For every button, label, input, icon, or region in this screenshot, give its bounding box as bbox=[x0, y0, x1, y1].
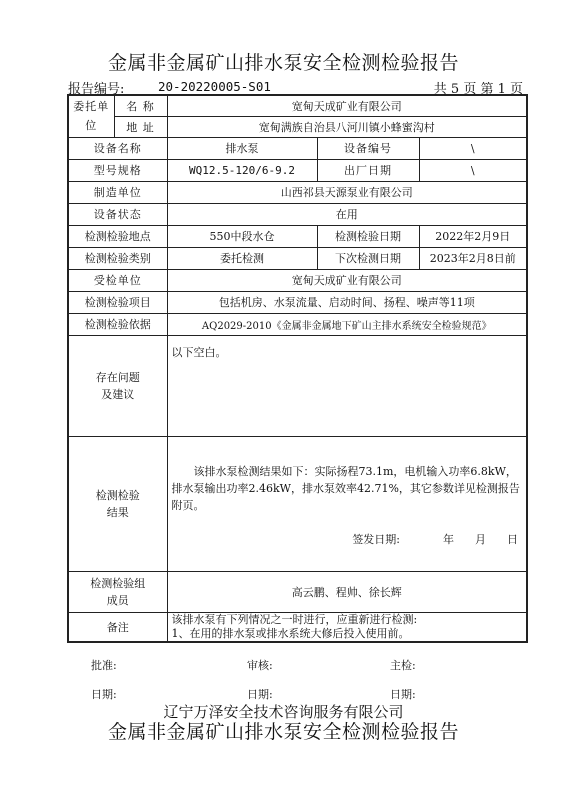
category: 委托检测 bbox=[167, 247, 317, 269]
issue-date-month: 月 bbox=[475, 533, 486, 546]
footer-title: 金属非金属矿山排水泵安全检测检验报告 bbox=[0, 717, 567, 744]
basis: AQ2029-2010《金属非金属地下矿山主排水系统安全检验规范》 bbox=[167, 313, 527, 335]
items: 包括机房、水泵流量、启动时间、扬程、噪声等11项 bbox=[167, 291, 527, 313]
approve-label: 批准: bbox=[91, 657, 117, 673]
equipment-no: \ bbox=[419, 137, 527, 159]
team-label-line2: 成员 bbox=[69, 592, 167, 609]
report-number: 20-20220005-S01 bbox=[158, 79, 271, 94]
result-label-line1: 检测检验 bbox=[69, 487, 167, 504]
issues-label-line2: 及建议 bbox=[69, 386, 167, 403]
issue-date-year: 年 bbox=[443, 533, 454, 546]
manufacturer-label: 制造单位 bbox=[68, 181, 167, 203]
next-date: 2023年2月8日前 bbox=[419, 247, 527, 269]
next-date-label: 下次检测日期 bbox=[317, 247, 419, 269]
manufacturer: 山西祁县天源泵业有限公司 bbox=[167, 181, 527, 203]
result-label-line2: 结果 bbox=[69, 504, 167, 521]
issues-label: 存在问题 及建议 bbox=[68, 335, 167, 436]
chief-label: 主检: bbox=[390, 657, 416, 673]
client-label: 委托单位 bbox=[68, 95, 114, 137]
client-name-label: 名 称 bbox=[114, 95, 167, 116]
equipment-no-label: 设备编号 bbox=[317, 137, 419, 159]
inspected-unit-label: 受检单位 bbox=[68, 269, 167, 291]
remarks-label: 备注 bbox=[68, 612, 167, 642]
result-cell: 该排水泵检测结果如下：实际扬程73.1m，电机输入功率6.8kW，排水泵输出功率… bbox=[167, 436, 527, 571]
approve-date-label: 日期: bbox=[91, 686, 117, 702]
status-label: 设备状态 bbox=[68, 203, 167, 225]
review-label: 审核: bbox=[247, 657, 273, 673]
status: 在用 bbox=[167, 203, 527, 225]
remarks-line1: 该排水泵有下列情况之一时进行，应重新进行检测: bbox=[172, 613, 523, 627]
issues: 以下空白。 bbox=[167, 335, 527, 436]
location: 550中段水仓 bbox=[167, 225, 317, 247]
model: WQ12.5-120/6-9.2 bbox=[167, 159, 317, 181]
team-label: 检测检验组 成员 bbox=[68, 571, 167, 612]
items-label: 检测检验项目 bbox=[68, 291, 167, 313]
manufacture-date-label: 出厂日期 bbox=[317, 159, 419, 181]
issues-label-line1: 存在问题 bbox=[69, 369, 167, 386]
inspection-date: 2022年2月9日 bbox=[419, 225, 527, 247]
client-address-label: 地 址 bbox=[114, 116, 167, 137]
model-label: 型号规格 bbox=[68, 159, 167, 181]
basis-label: 检测检验依据 bbox=[68, 313, 167, 335]
issue-date-label: 签发日期: bbox=[352, 533, 400, 546]
result-label: 检测检验 结果 bbox=[68, 436, 167, 571]
result-text: 该排水泵检测结果如下：实际扬程73.1m，电机输入功率6.8kW，排水泵输出功率… bbox=[168, 463, 527, 514]
chief-date-label: 日期: bbox=[390, 686, 416, 702]
client-address: 宽甸满族自治县八河川镇小蜂蜜沟村 bbox=[167, 116, 527, 137]
client-name: 宽甸天成矿业有限公司 bbox=[167, 95, 527, 116]
equipment-name: 排水泵 bbox=[167, 137, 317, 159]
team: 高云鹏、程帅、徐长辉 bbox=[167, 571, 527, 612]
review-date-label: 日期: bbox=[247, 686, 273, 702]
report-table: 委托单位 名 称 宽甸天成矿业有限公司 地 址 宽甸满族自治县八河川镇小蜂蜜沟村… bbox=[67, 94, 528, 643]
remarks: 该排水泵有下列情况之一时进行，应重新进行检测: 1、在用的排水泵或排水系统大修后… bbox=[167, 612, 527, 642]
team-label-line1: 检测检验组 bbox=[69, 575, 167, 592]
manufacture-date: \ bbox=[419, 159, 527, 181]
report-title: 金属非金属矿山排水泵安全检测检验报告 bbox=[0, 48, 567, 75]
inspection-date-label: 检测检验日期 bbox=[317, 225, 419, 247]
inspected-unit: 宽甸天成矿业有限公司 bbox=[167, 269, 527, 291]
remarks-line2: 1、在用的排水泵或排水系统大修后投入使用前。 bbox=[172, 627, 523, 641]
issue-date: 签发日期: 年 月 日 bbox=[352, 531, 518, 547]
issue-date-day: 日 bbox=[507, 533, 518, 546]
equipment-name-label: 设备名称 bbox=[68, 137, 167, 159]
category-label: 检测检验类别 bbox=[68, 247, 167, 269]
location-label: 检测检验地点 bbox=[68, 225, 167, 247]
